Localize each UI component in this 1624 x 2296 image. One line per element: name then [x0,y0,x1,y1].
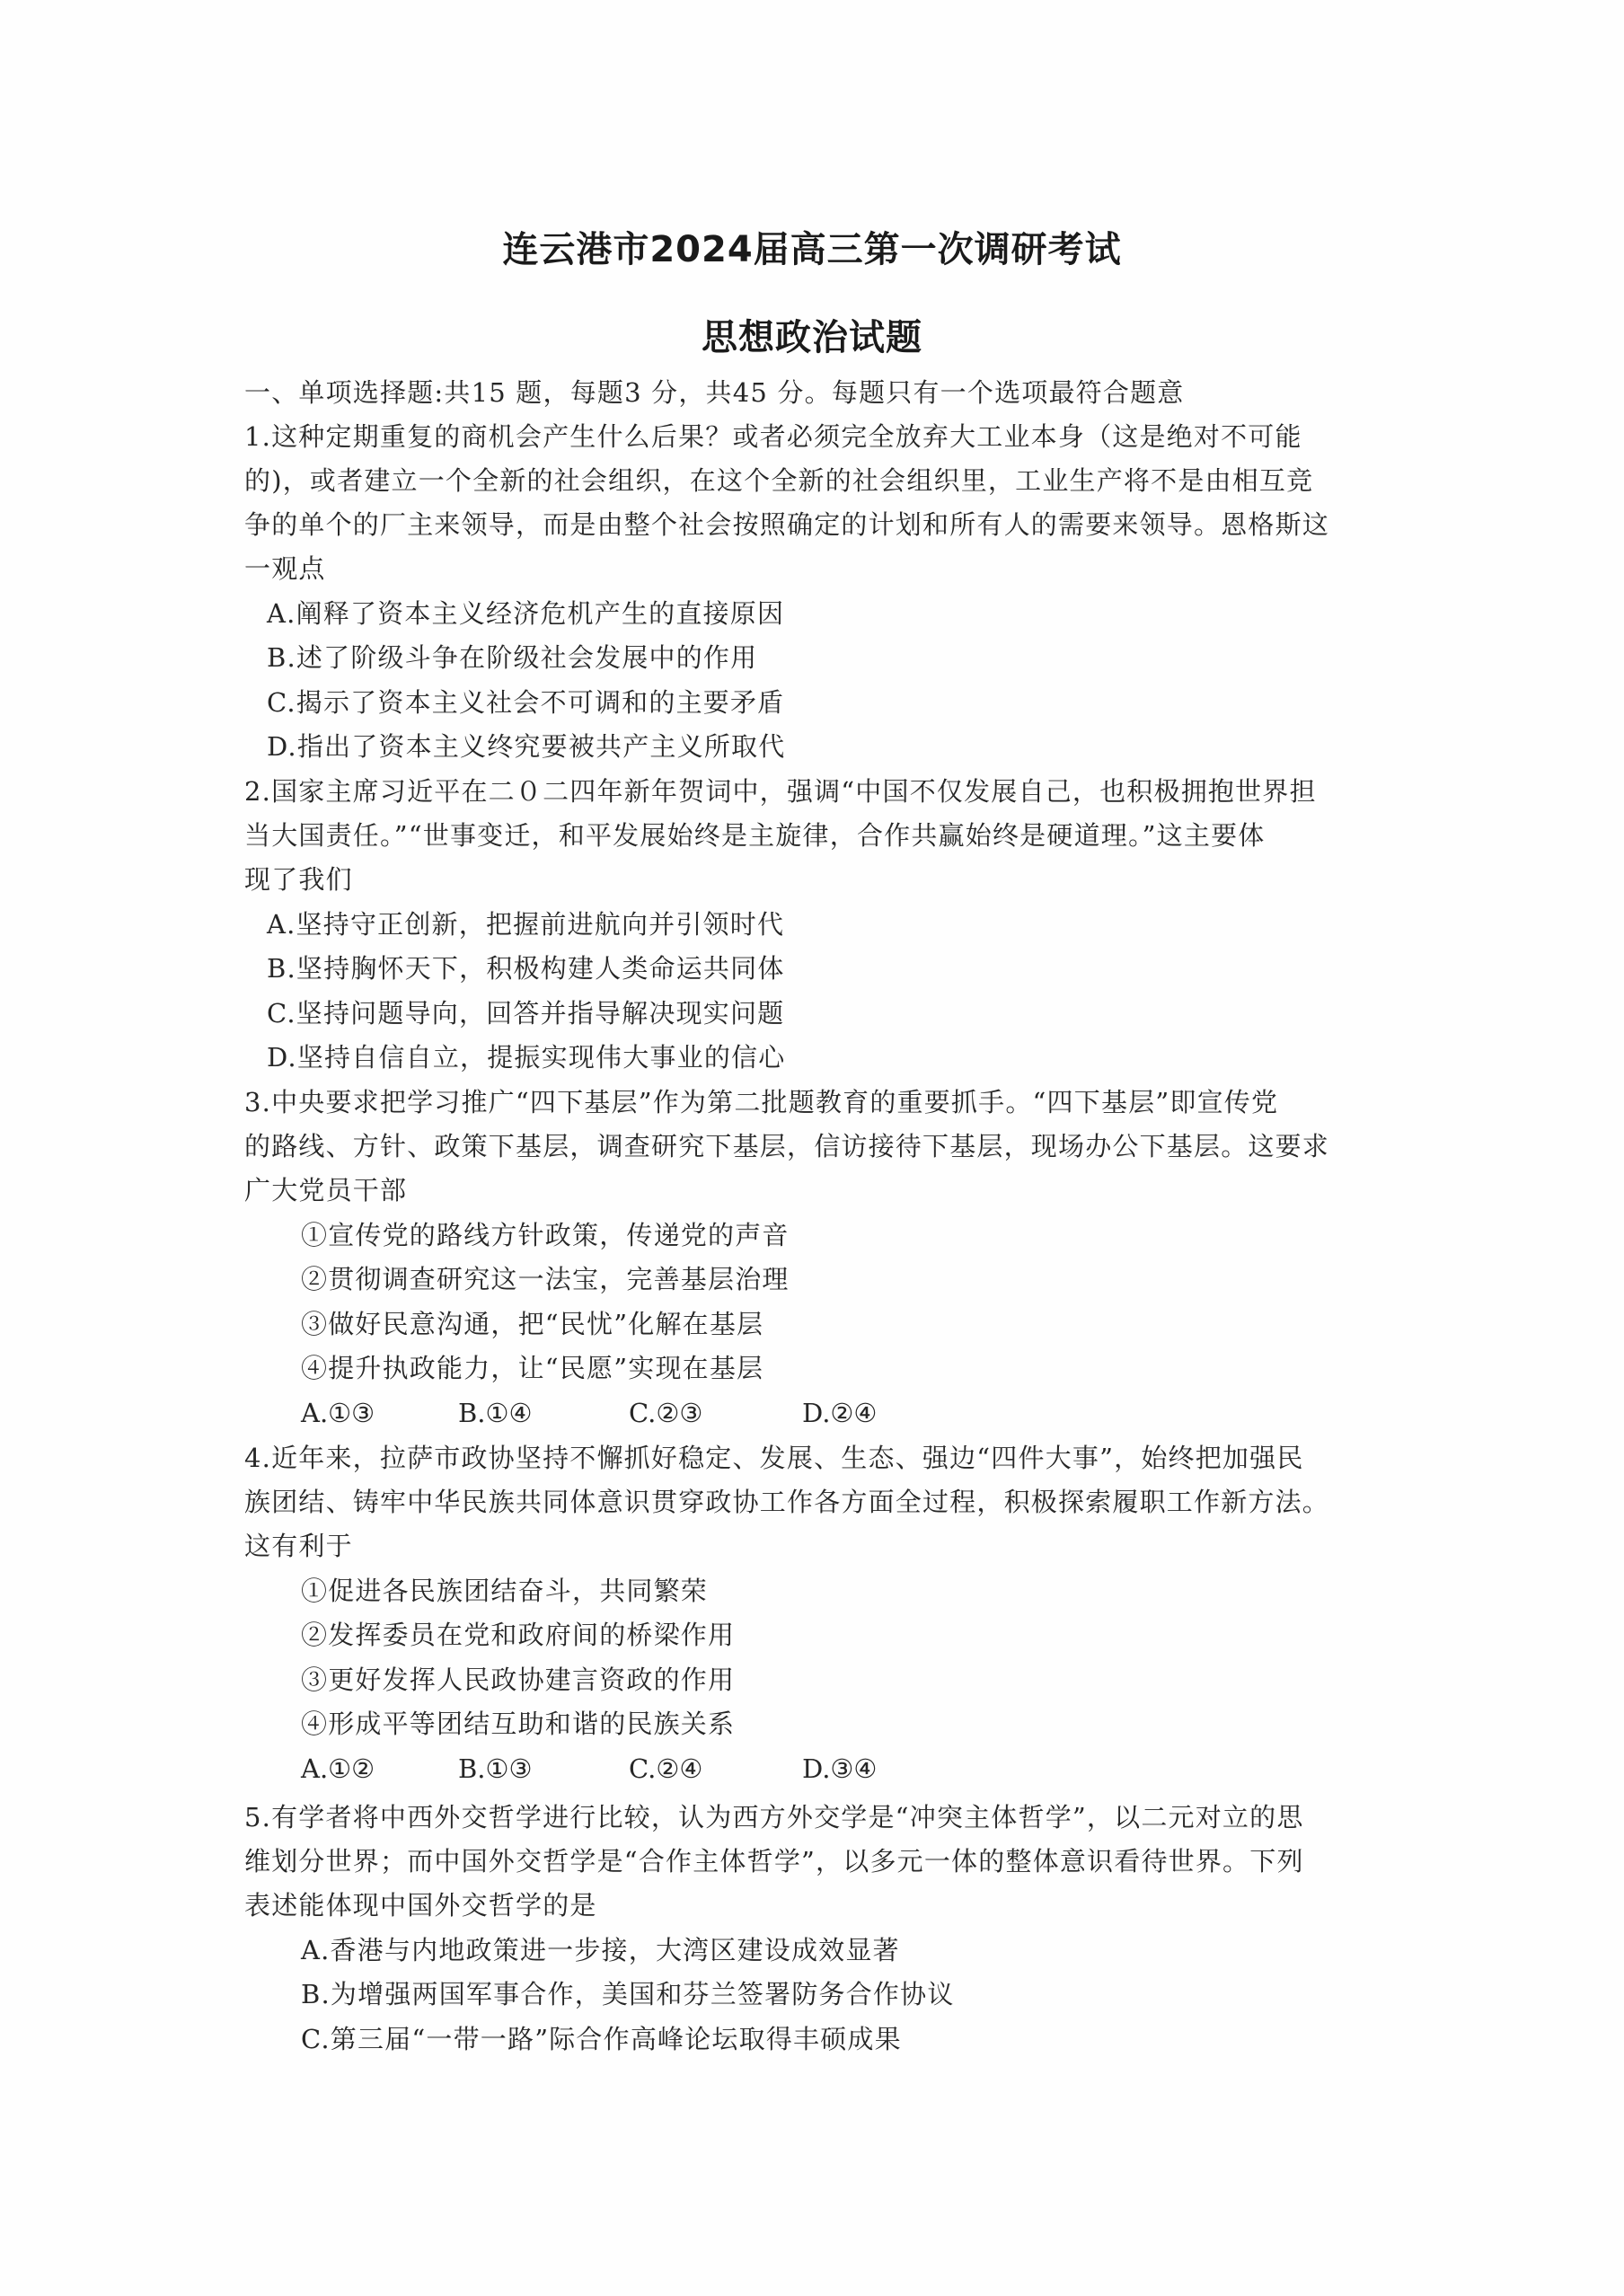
option-d: D.指出了资本主义终究要被共产主义所取代 [267,729,785,764]
option-c: C.揭示了资本主义社会不可调和的主要矛盾 [267,684,784,720]
question-stem-line: 这有利于 [244,1528,353,1564]
question-stem-line: 族团结、铸牢中华民族共同体意识贯穿政协工作各方面全过程，积极探索履职工作新方法。 [244,1484,1329,1520]
exam-subtitle: 思想政治试题 [0,309,1624,360]
option-c: C.②④ [629,1751,702,1787]
question-stem-line: 2.国家主席习近平在二０二四年新年贺词中，强调“中国不仅发展自己，也积极拥抱世界… [244,773,1317,809]
question-stem-line: 1.这种定期重复的商机会产生什么后果？或者必须完全放弃大工业本身（这是绝对不可能 [244,419,1302,455]
option-a: A.坚持守正创新，把握前进航向并引领时代 [267,906,784,942]
statement-4: ④提升执政能力，让“民愿”实现在基层 [301,1350,763,1386]
option-c: C.②③ [629,1395,702,1431]
statement-4: ④形成平等团结互助和谐的民族关系 [301,1706,735,1742]
option-b: B.为增强两国军事合作，美国和芬兰签署防务合作协议 [301,1976,955,2012]
exam-page: 连云港市2024届高三第一次调研考试 思想政治试题 一、单项选择题:共15 题，… [0,0,1624,2296]
statement-3: ③做好民意沟通，把“民忧”化解在基层 [301,1306,763,1342]
statement-3: ③更好发挥人民政协建言资政的作用 [301,1662,735,1698]
question-stem-line: 一观点 [244,551,326,587]
option-a: A.①② [301,1751,375,1787]
option-a: A.①③ [301,1395,375,1431]
option-d: D.②④ [802,1395,877,1431]
question-stem-line: 4.近年来，拉萨市政协坚持不懈抓好稳定、发展、生态、强边“四件大事”，始终把加强… [244,1440,1304,1476]
option-b: B.①③ [458,1751,533,1787]
section-heading: 一、单项选择题:共15 题，每题3 分，共45 分。每题只有一个选项最符合题意 [244,375,1184,411]
question-stem-line: 维划分世界；而中国外交哲学是“合作主体哲学”，以多元一体的整体意识看待世界。下列 [244,1843,1304,1879]
option-c: C.坚持问题导向，回答并指导解决现实问题 [267,995,784,1031]
option-d: D.坚持自信自立，提振实现伟大事业的信心 [267,1039,785,1075]
question-stem-line: 现了我们 [244,861,353,897]
exam-title: 连云港市2024届高三第一次调研考试 [0,221,1624,272]
answer-options-row: A.①③ B.①④ C.②③ D.②④ [0,1395,1624,1431]
statement-1: ①宣传党的路线方针政策，传递党的声音 [301,1217,790,1253]
option-b: B.①④ [458,1395,533,1431]
question-stem-line: 的路线、方针、政策下基层，调查研究下基层，信访接待下基层，现场办公下基层。这要求 [244,1128,1329,1164]
question-stem-line: 广大党员干部 [244,1172,407,1208]
question-stem-line: 争的单个的厂主来领导，而是由整个社会按照确定的计划和所有人的需要来领导。恩格斯这 [244,507,1329,543]
answer-options-row: A.①② B.①③ C.②④ D.③④ [0,1751,1624,1787]
statement-2: ②发挥委员在党和政府间的桥梁作用 [301,1617,735,1653]
question-stem-line: 的)，或者建立一个全新的社会组织，在这个全新的社会组织里，工业生产将不是由相互竞 [244,463,1313,499]
option-b: B.述了阶级斗争在阶级社会发展中的作用 [267,640,757,676]
option-c: C.第三届“一带一路”际合作高峰论坛取得丰硕成果 [301,2021,902,2057]
question-stem-line: 表述能体现中国外交哲学的是 [244,1887,597,1923]
statement-2: ②贯彻调查研究这一法宝，完善基层治理 [301,1261,790,1297]
statement-1: ①促进各民族团结奋斗，共同繁荣 [301,1573,708,1609]
option-a: A.阐释了资本主义经济危机产生的直接原因 [267,596,784,631]
option-a: A.香港与内地政策进一步接，大湾区建设成效显著 [301,1932,900,1968]
option-d: D.③④ [802,1751,877,1787]
question-stem-line: 3.中央要求把学习推广“四下基层”作为第二批题教育的重要抓手。“四下基层”即宣传… [244,1084,1278,1120]
question-stem-line: 当大国责任。”“世事变迁，和平发展始终是主旋律，合作共赢始终是硬道理。”这主要体 [244,817,1265,853]
question-stem-line: 5.有学者将中西外交哲学进行比较，认为西方外交学是“冲突主体哲学”，以二元对立的… [244,1799,1304,1835]
option-b: B.坚持胸怀天下，积极构建人类命运共同体 [267,950,785,986]
